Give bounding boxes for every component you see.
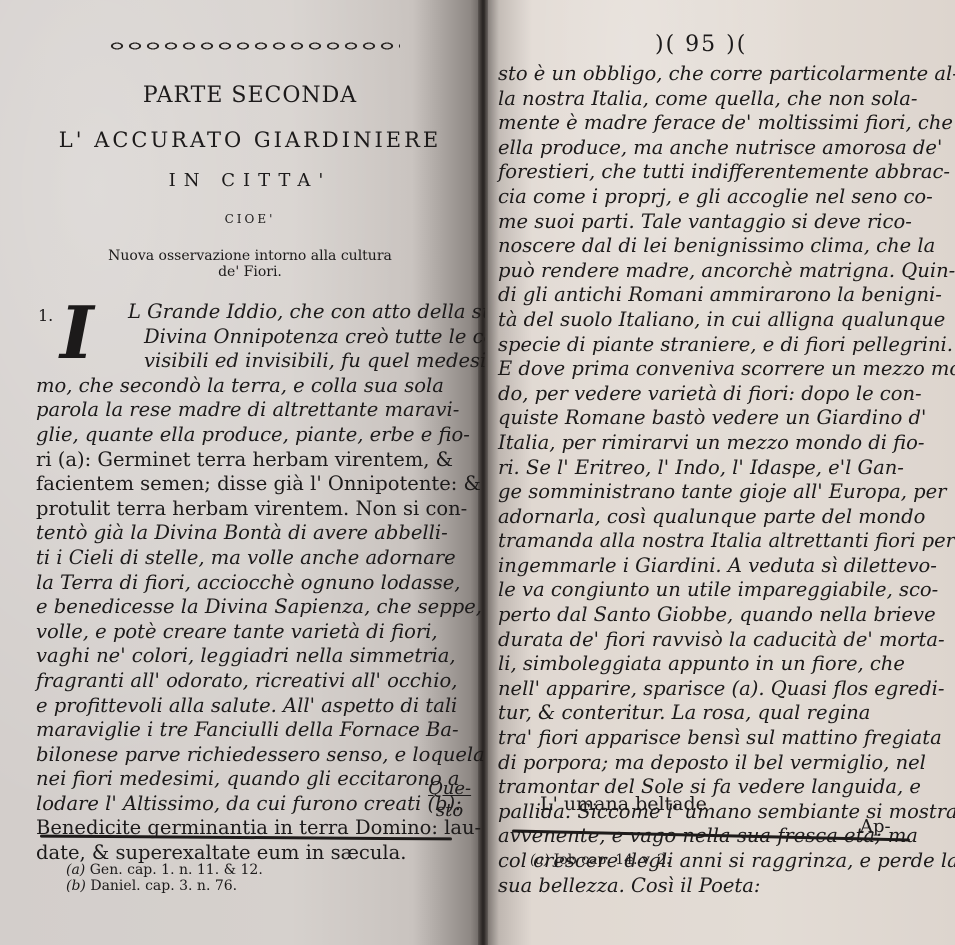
chain-ornament-icon <box>108 40 400 52</box>
page-number: )( 95 )( <box>655 32 747 57</box>
part-heading: PARTE SECONDA <box>40 83 460 108</box>
text-line: ingemmarle i Giardini. A veduta sì dilet… <box>498 554 938 579</box>
footnote-a: (a) Job cap. 14. v. 2. <box>530 852 670 868</box>
text-line: perto dal Santo Giobbe, quando nella bri… <box>498 603 938 628</box>
footnotes-left: (a) Gen. cap. 1. n. 11. & 12. (b) Daniel… <box>66 862 263 894</box>
text-line: nei fiori medesimi, quando gli eccitaron… <box>36 767 466 792</box>
text-line: e profittevoli alla salute. All' aspetto… <box>36 694 466 719</box>
text-line: ti i Cieli di stelle, ma volle anche ado… <box>36 546 466 571</box>
text-line: mente è madre ferace de' moltissimi fior… <box>498 111 938 136</box>
footnote-mark: (a) <box>530 852 549 868</box>
text-line: do, per vedere varietà di fiori: dopo le… <box>498 382 938 407</box>
book-spread: PARTE SECONDA L' ACCURATO GIARDINIERE IN… <box>0 0 955 945</box>
text-line: vaghi ne' colori, leggiadri nella simmet… <box>36 644 466 669</box>
catchword-bottom: sto <box>428 800 471 822</box>
text-line: lodare l' Altissimo, da cui furono creat… <box>36 792 466 817</box>
text-line: tramanda alla nostra Italia altrettanti … <box>498 529 938 554</box>
chapter-title: L' ACCURATO GIARDINIERE <box>40 128 460 152</box>
text-line: tur, & conteritur. La rosa, qual regina <box>498 701 938 726</box>
text-line: E dove prima conveniva scorrere un mezzo… <box>498 357 938 382</box>
text-line: visibili ed invisibili, fu quel medesi- <box>36 349 466 374</box>
text-line: sua bellezza. Così il Poeta: <box>498 874 938 899</box>
text-line: forestieri, che tutti indifferentemente … <box>498 160 938 185</box>
chapter-description: Nuova osservazione intorno alla cultura … <box>40 248 460 280</box>
right-body-text: sto è un obbligo, che corre particolarme… <box>498 62 938 898</box>
poem-line: L' umana beltade <box>540 793 707 815</box>
text-line: cia come i proprj, e gli accoglie nel se… <box>498 185 938 210</box>
text-line: parola la rese madre di altrettante mara… <box>36 398 466 423</box>
text-line: e benedicesse la Divina Sapienza, che se… <box>36 595 466 620</box>
text-line: bilonese parve richiedessero senso, e lo… <box>36 743 466 768</box>
footnote-text: Gen. cap. 1. n. 11. & 12. <box>90 862 263 878</box>
text-line: L Grande Iddio, che con atto della sua <box>36 300 466 325</box>
text-line: mo, che secondò la terra, e colla sua so… <box>36 374 466 399</box>
text-line: sto è un obbligo, che corre particolarme… <box>498 62 938 87</box>
text-line: tà del suolo Italiano, in cui alligna qu… <box>498 308 938 333</box>
catchword: Que- sto <box>428 778 471 822</box>
text-line: facientem semen; disse già l' Onnipotent… <box>36 472 466 497</box>
text-line: me suoi parti. Tale vantaggio si deve ri… <box>498 210 938 235</box>
description-line-2: de' Fiori. <box>40 264 460 280</box>
footnote-mark: (b) <box>66 878 86 894</box>
text-line: Divina Onnipotenza creò tutte le cose <box>36 325 466 350</box>
text-line: ri (a): Germinet terra herbam virentem, … <box>36 448 466 473</box>
left-body-text: L Grande Iddio, che con atto della sua D… <box>36 300 466 866</box>
text-line: la Terra di fiori, acciocchè ognuno loda… <box>36 571 466 596</box>
text-line: tentò già la Divina Bontà di avere abbel… <box>36 521 466 546</box>
text-line: specie di piante straniere, e di fiori p… <box>498 333 938 358</box>
left-page: PARTE SECONDA L' ACCURATO GIARDINIERE IN… <box>0 0 485 945</box>
text-line: può rendere madre, ancorchè matrigna. Qu… <box>498 259 938 284</box>
text-line: maraviglie i tre Fanciulli della Fornace… <box>36 718 466 743</box>
text-line: la nostra Italia, come quella, che non s… <box>498 87 938 112</box>
text-line: li, simboleggiata appunto in un fiore, c… <box>498 652 938 677</box>
text-line: di porpora; ma deposto il bel vermiglio,… <box>498 751 938 776</box>
cioe-label: CIOE' <box>40 212 460 226</box>
text-line: di gli antichi Romani ammirarono la beni… <box>498 283 938 308</box>
footnote-text: Daniel. cap. 3. n. 76. <box>90 878 237 894</box>
text-line: adornarla, così qualunque parte del mond… <box>498 505 938 530</box>
footnote-b: (b) Daniel. cap. 3. n. 76. <box>66 878 263 894</box>
footnote-mark: (a) <box>66 862 85 878</box>
book-gutter <box>478 0 488 945</box>
text-line: le va congiunto un utile impareggiabile,… <box>498 578 938 603</box>
text-line: ge somministrano tante gioje all' Europa… <box>498 480 938 505</box>
catchword-top: Que- <box>428 778 471 800</box>
text-line: ri. Se l' Eritreo, l' Indo, l' Idaspe, e… <box>498 456 938 481</box>
text-line: tra' fiori apparisce bensì sul mattino f… <box>498 726 938 751</box>
text-line: Italia, per rimirarvi un mezzo mondo di … <box>498 431 938 456</box>
catchword: Ap- <box>860 816 891 837</box>
text-line: volle, e potè creare tante varietà di fi… <box>36 620 466 645</box>
text-line: durata de' fiori ravvisò la caducità de'… <box>498 628 938 653</box>
footnotes-right: (a) Job cap. 14. v. 2. <box>530 852 670 868</box>
description-line-1: Nuova osservazione intorno alla cultura <box>40 248 460 264</box>
text-line: noscere dal di lei benignissimo clima, c… <box>498 234 938 259</box>
footnote-a: (a) Gen. cap. 1. n. 11. & 12. <box>66 862 263 878</box>
text-line: quiste Romane bastò vedere un Giardino d… <box>498 406 938 431</box>
text-line: fragranti all' odorato, ricreativi all' … <box>36 669 466 694</box>
chapter-subtitle: IN CITTA' <box>40 170 460 191</box>
text-line: ella produce, ma anche nutrisce amorosa … <box>498 136 938 161</box>
footnote-text: Job cap. 14. v. 2. <box>554 852 671 868</box>
text-line: protulit terra herbam virentem. Non si c… <box>36 497 466 522</box>
text-line: glie, quante ella produce, piante, erbe … <box>36 423 466 448</box>
text-line: nell' apparire, sparisce (a). Quasi flos… <box>498 677 938 702</box>
